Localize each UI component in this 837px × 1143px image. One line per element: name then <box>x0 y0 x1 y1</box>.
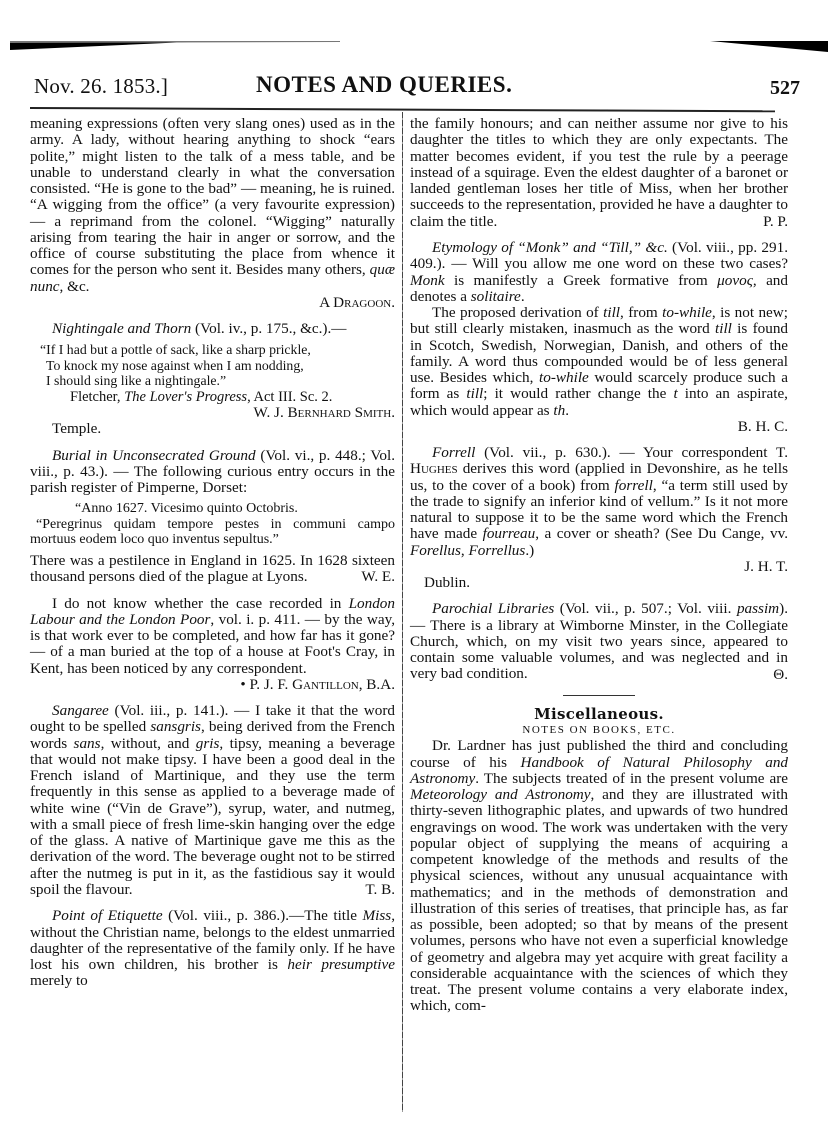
verse-citation: Fletcher, The Lover's Progress, Act III.… <box>30 389 395 405</box>
article-title: Etymology of “Monk” and “Till,” &c. <box>432 239 668 256</box>
article-burial: Burial in Unconsecrated Ground (Vol. vi.… <box>30 448 395 586</box>
section-subheading: NOTES ON BOOKS, ETC. <box>410 722 788 738</box>
location: Dublin. <box>410 575 788 591</box>
section-divider <box>563 695 635 696</box>
article-body: Sangaree (Vol. iii., p. 141.). — I take … <box>30 703 395 898</box>
article-body: I do not know whether the case recorded … <box>30 596 395 677</box>
section-miscellaneous: Miscellaneous. NOTES ON BOOKS, ETC. Dr. … <box>410 706 788 1015</box>
article-body: Forrell (Vol. vii., p. 630.). — Your cor… <box>410 445 788 559</box>
article-body: Etymology of “Monk” and “Till,” &c. (Vol… <box>410 240 788 305</box>
article-title: Point of Etiquette <box>52 907 163 924</box>
top-decorative-rule <box>10 40 828 52</box>
verse-quote: “If I had but a pottle of sack, like a s… <box>30 342 395 389</box>
article-sangaree: Sangaree (Vol. iii., p. 141.). — I take … <box>30 703 395 898</box>
article-title: Sangaree <box>52 702 109 719</box>
article-london-poor: I do not know whether the case recorded … <box>30 596 395 694</box>
article-title: Parochial Libraries <box>432 600 554 617</box>
article-point-of-etiquette-continued: the family honours; and can neither assu… <box>410 116 788 230</box>
column-divider <box>402 112 403 1112</box>
article-parochial-libraries: Parochial Libraries (Vol. vii., p. 507.;… <box>410 601 788 683</box>
article-body: Burial in Unconsecrated Ground (Vol. vi.… <box>30 448 395 497</box>
article-body: Point of Etiquette (Vol. viii., p. 386.)… <box>30 908 395 989</box>
left-column: meaning expressions (often very slang on… <box>30 116 395 990</box>
article-heading: Nightingale and Thorn (Vol. iv., p. 175.… <box>30 321 395 337</box>
page-number: 527 <box>770 77 800 100</box>
article-body: meaning expressions (often very slang on… <box>30 116 395 295</box>
article-title: Nightingale and Thorn <box>52 320 191 337</box>
article-title: Burial in Unconsecrated Ground <box>52 447 256 464</box>
issue-date: Nov. 26. 1853.] <box>34 74 168 99</box>
latin-quote-line-1: “Anno 1627. Vicesimo quinto Octobris. <box>30 501 395 517</box>
right-column: the family honours; and can neither assu… <box>410 116 788 1015</box>
latin-quote-line-2: “Peregrinus quidam tempore pestes in com… <box>30 517 395 548</box>
article-point-of-etiquette: Point of Etiquette (Vol. viii., p. 386.)… <box>30 908 395 989</box>
signature: B. H. C. <box>410 419 788 435</box>
page-header: Nov. 26. 1853.] NOTES AND QUERIES. 527 <box>34 72 794 102</box>
article-dragoon: meaning expressions (often very slang on… <box>30 116 395 311</box>
article-title: Forrell <box>432 444 475 461</box>
signature: • P. J. F. Gantillon, B.A. <box>30 677 395 693</box>
location: Temple. <box>30 421 395 437</box>
signature: J. H. T. <box>410 559 788 575</box>
article-body: The proposed derivation of till, from to… <box>410 305 788 419</box>
article-forrell: Forrell (Vol. vii., p. 630.). — Your cor… <box>410 445 788 591</box>
journal-title: NOTES AND QUERIES. <box>256 72 512 98</box>
article-nightingale-and-thorn: Nightingale and Thorn (Vol. iv., p. 175.… <box>30 321 395 438</box>
article-body: the family honours; and can neither assu… <box>410 116 788 230</box>
article-body: Dr. Lardner has just published the third… <box>410 738 788 1014</box>
article-etymology-monk-till: Etymology of “Monk” and “Till,” &c. (Vol… <box>410 240 788 435</box>
section-heading: Miscellaneous. <box>410 706 788 722</box>
signature: W. J. Bernhard Smith. <box>30 405 395 421</box>
signature: A Dragoon. <box>30 295 395 311</box>
